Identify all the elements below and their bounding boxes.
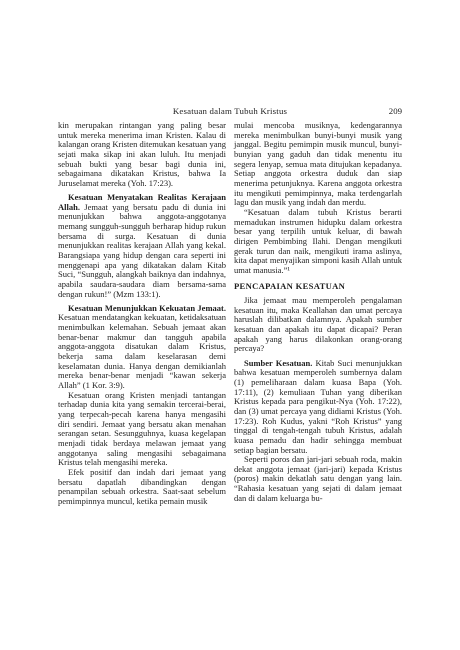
paragraph: Kesatuan Menunjukkan Kekuatan Jemaat. Ke… xyxy=(58,304,226,391)
running-title: Kesatuan dalam Tubuh Kristus xyxy=(58,105,402,118)
paragraph: “Kesatuan dalam tubuh Kristus berarti me… xyxy=(234,208,402,276)
paragraph: Efek positif dan indah dari jemaat yang … xyxy=(58,468,226,507)
paragraph: Seperti poros dan jari-jari sebuah roda,… xyxy=(234,455,402,503)
paragraph: Kesatuan Menyatakan Realitas Kerajaan Al… xyxy=(58,193,226,299)
paragraph: Sumber Kesatuan. Kitab Suci menunjukkan … xyxy=(234,359,402,456)
run-in-heading: Kesatuan Menyatakan Realitas Kerajaan Al… xyxy=(58,192,226,212)
book-page: Kesatuan dalam Tubuh Kristus 209 kin mer… xyxy=(0,0,460,650)
paragraph: mulai mencoba musiknya, kedengarannya me… xyxy=(234,121,402,208)
text-columns: kin merupakan rintangan yang paling besa… xyxy=(58,121,402,507)
left-column: kin merupakan rintangan yang paling besa… xyxy=(58,121,226,507)
running-head: Kesatuan dalam Tubuh Kristus 209 xyxy=(58,105,402,118)
right-column: mulai mencoba musiknya, kedengarannya me… xyxy=(234,121,402,507)
run-in-heading: Sumber Kesatuan. xyxy=(244,358,312,368)
section-heading: PENCAPAIAN KESATUAN xyxy=(234,282,402,292)
page-number: 209 xyxy=(389,105,402,118)
paragraph: kin merupakan rintangan yang paling besa… xyxy=(58,121,226,189)
paragraph: Kesatuan orang Kristen menjadi tantangan… xyxy=(58,391,226,468)
run-in-heading: Kesatuan Menunjukkan Kekuatan Jemaat. xyxy=(68,303,226,313)
paragraph: Jika jemaat mau memperoleh pengalaman ke… xyxy=(234,296,402,354)
